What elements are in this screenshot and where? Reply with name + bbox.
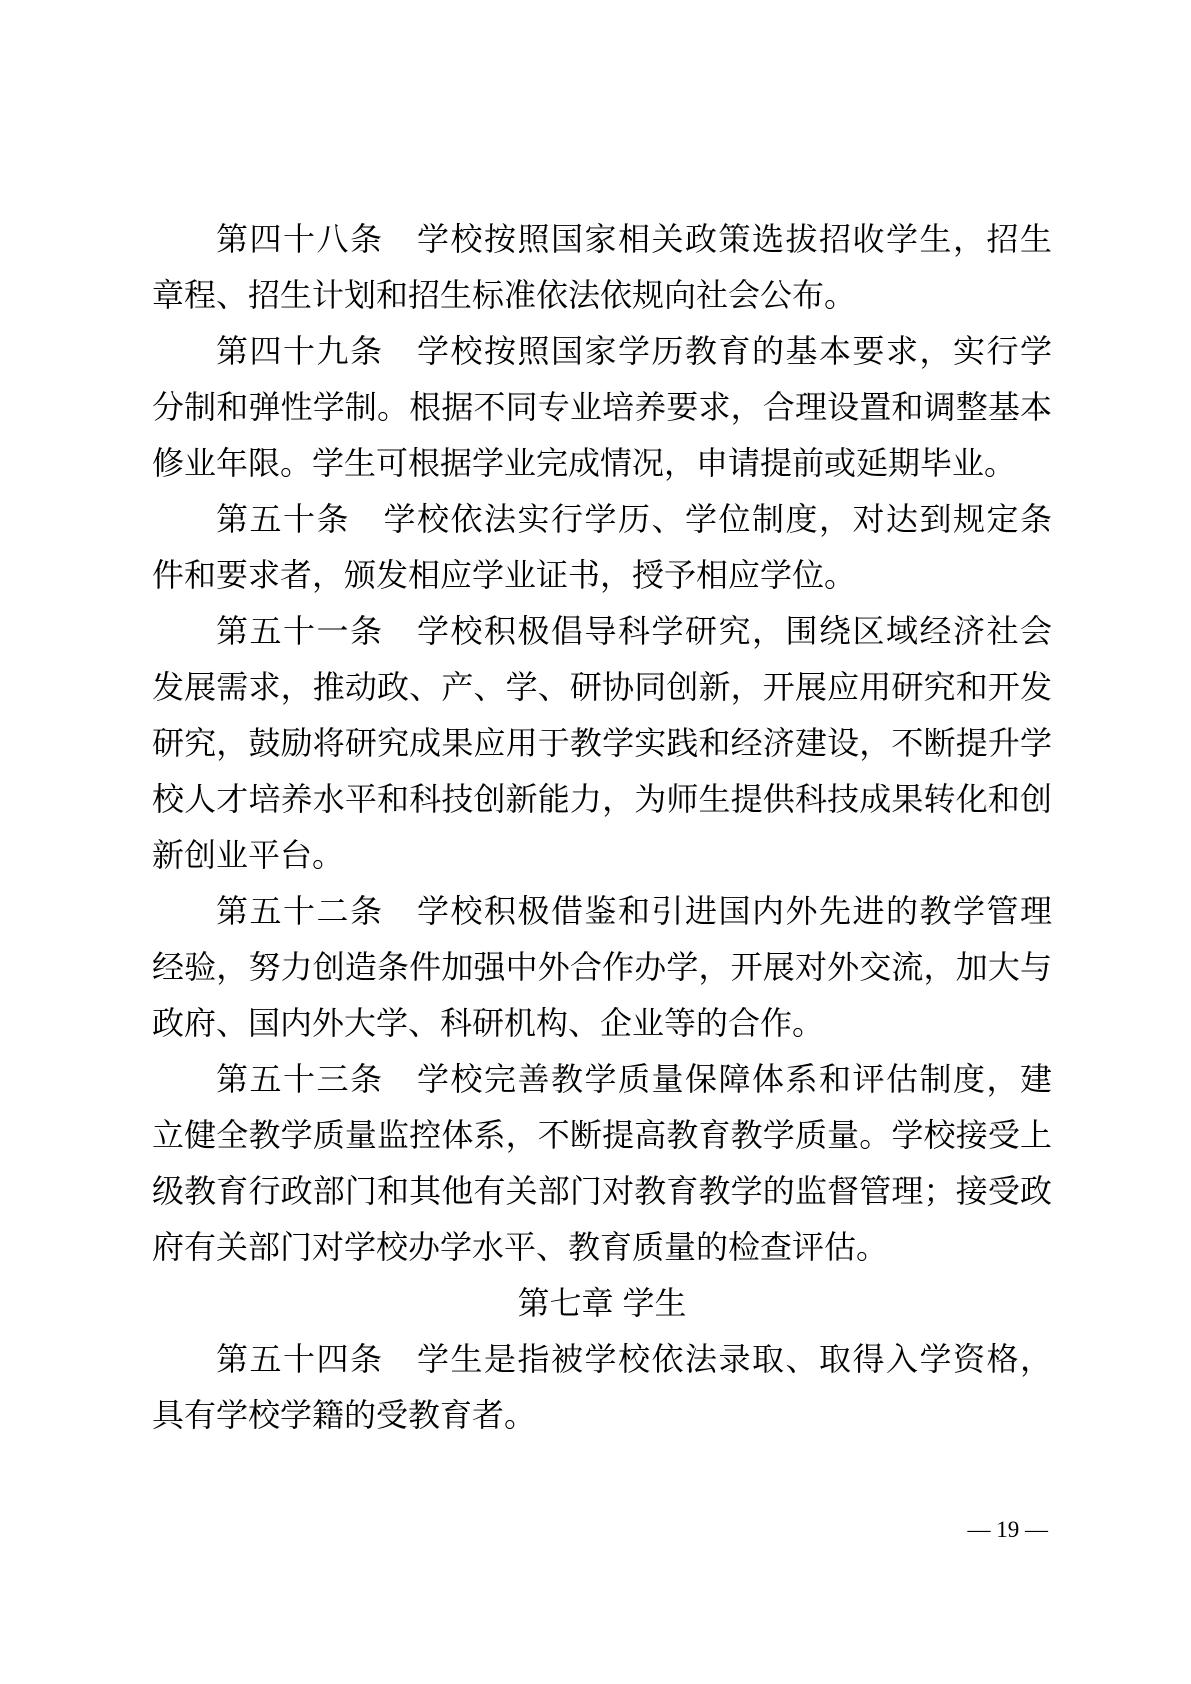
chapter-7-heading: 第七章 学生	[152, 1275, 1052, 1331]
article-51-line-1: 第五十一条 学校积极倡导科学研究，围绕区域经济社会	[152, 603, 1052, 659]
article-49-line-3: 修业年限。学生可根据学业完成情况，申请提前或延期毕业。	[152, 435, 1052, 491]
article-51-line-2: 发展需求，推动政、产、学、研协同创新，开展应用研究和开发	[152, 659, 1052, 715]
article-49-line-1: 第四十九条 学校按照国家学历教育的基本要求，实行学	[152, 323, 1052, 379]
article-52-line-1: 第五十二条 学校积极借鉴和引进国内外先进的教学管理	[152, 883, 1052, 939]
article-48-line-2: 章程、招生计划和招生标准依法依规向社会公布。	[152, 267, 1052, 323]
article-53-line-2: 立健全教学质量监控体系，不断提高教育教学质量。学校接受上	[152, 1107, 1052, 1163]
article-51-line-4: 校人才培养水平和科技创新能力，为师生提供科技成果转化和创	[152, 771, 1052, 827]
article-50-line-1: 第五十条 学校依法实行学历、学位制度，对达到规定条	[152, 491, 1052, 547]
article-51-line-3: 研究，鼓励将研究成果应用于教学实践和经济建设，不断提升学	[152, 715, 1052, 771]
article-50-line-2: 件和要求者，颁发相应学业证书，授予相应学位。	[152, 547, 1052, 603]
document-page: 第四十八条 学校按照国家相关政策选拔招收学生，招生章程、招生计划和招生标准依法依…	[0, 0, 1191, 1684]
article-53-line-3: 级教育行政部门和其他有关部门对教育教学的监督管理；接受政	[152, 1163, 1052, 1219]
article-51-line-5: 新创业平台。	[152, 827, 1052, 883]
article-53-line-4: 府有关部门对学校办学水平、教育质量的检查评估。	[152, 1219, 1052, 1275]
article-52-line-2: 经验，努力创造条件加强中外合作办学，开展对外交流，加大与	[152, 939, 1052, 995]
article-52-line-3: 政府、国内外大学、科研机构、企业等的合作。	[152, 995, 1052, 1051]
article-49-line-2: 分制和弹性学制。根据不同专业培养要求，合理设置和调整基本	[152, 379, 1052, 435]
page-number: — 19 —	[152, 1516, 1048, 1544]
article-48-line-1: 第四十八条 学校按照国家相关政策选拔招收学生，招生	[152, 211, 1052, 267]
article-53-line-1: 第五十三条 学校完善教学质量保障体系和评估制度，建	[152, 1051, 1052, 1107]
text-block: 第四十八条 学校按照国家相关政策选拔招收学生，招生章程、招生计划和招生标准依法依…	[152, 211, 1052, 1443]
article-54-line-2: 具有学校学籍的受教育者。	[152, 1387, 1052, 1443]
article-54-line-1: 第五十四条 学生是指被学校依法录取、取得入学资格，	[152, 1331, 1052, 1387]
